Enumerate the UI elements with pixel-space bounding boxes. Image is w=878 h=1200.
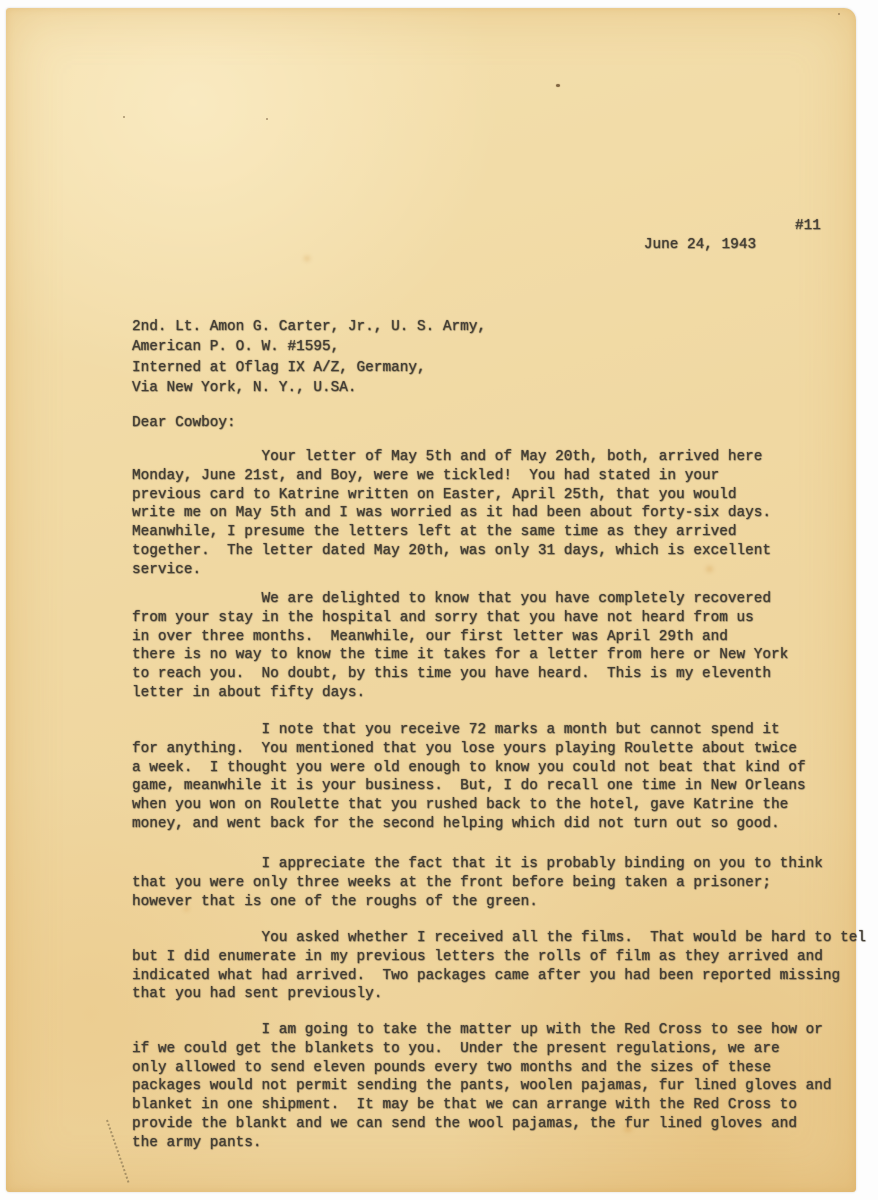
paragraph-2: We are delighted to know that you have c… — [132, 590, 788, 703]
paper-speck — [123, 116, 125, 118]
paragraph-4: I appreciate the fact that it is probabl… — [132, 855, 823, 911]
recipient-address: 2nd. Lt. Amon G. Carter, Jr., U. S. Army… — [132, 317, 486, 399]
letter-paper: June 24, 1943 #11 2nd. Lt. Amon G. Carte… — [6, 8, 856, 1192]
pencil-mark — [106, 1120, 129, 1183]
salutation: Dear Cowboy: — [132, 414, 236, 433]
paragraph-5: You asked whether I received all the fil… — [132, 929, 866, 1004]
paper-speck — [266, 118, 268, 120]
paper-stain — [304, 256, 310, 261]
paragraph-1: Your letter of May 5th and of May 20th, … — [132, 448, 771, 580]
paragraph-3: I note that you receive 72 marks a month… — [132, 721, 806, 834]
letter-number: #11 — [795, 217, 821, 236]
scanned-letter-page: June 24, 1943 #11 2nd. Lt. Amon G. Carte… — [0, 0, 878, 1200]
letter-date: June 24, 1943 — [644, 237, 756, 253]
paper-speck — [556, 84, 560, 87]
date-line: June 24, 1943 #11 — [592, 217, 842, 292]
paper-speck — [838, 13, 840, 15]
paragraph-6: I am going to take the matter up with th… — [132, 1021, 832, 1153]
